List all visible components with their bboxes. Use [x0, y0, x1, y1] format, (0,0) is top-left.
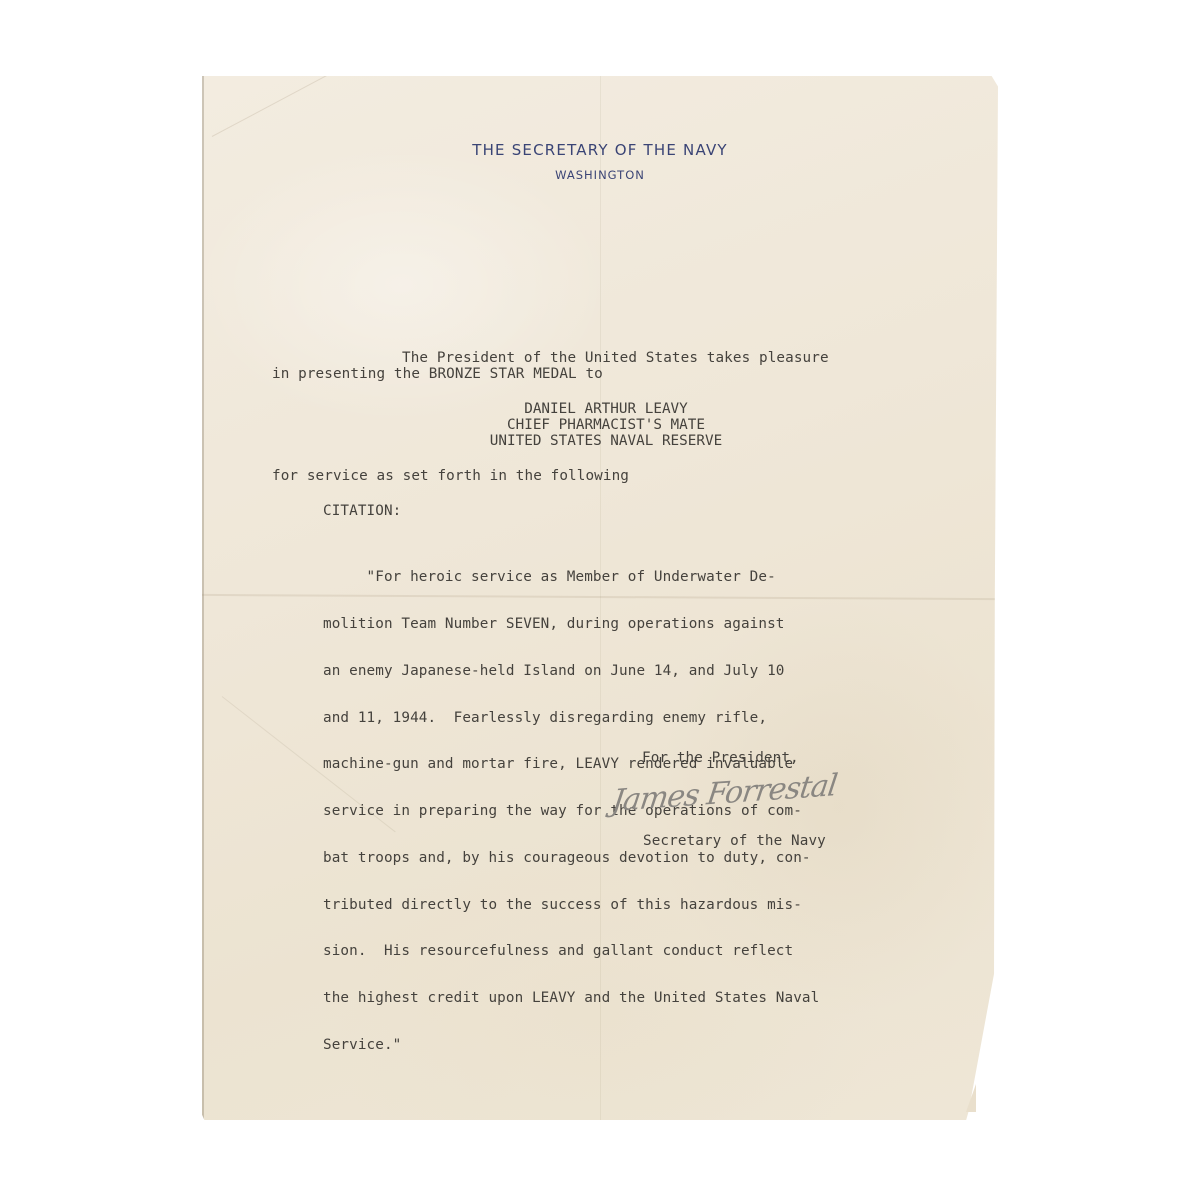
recipient-branch: UNITED STATES NAVAL RESERVE — [208, 434, 1004, 450]
citation-line: "For heroic service as Member of Underwa… — [323, 570, 819, 586]
citation-body: "For heroic service as Member of Underwa… — [323, 539, 819, 1085]
intro-line-1: The President of the United States takes… — [402, 351, 829, 367]
citation-heading: CITATION: — [323, 504, 401, 520]
citation-line: tributed directly to the success of this… — [323, 898, 819, 914]
recipient-rank: CHIEF PHARMACIST'S MATE — [208, 418, 1004, 434]
citation-line: and 11, 1944. Fearlessly disregarding en… — [323, 711, 819, 727]
signer-title: Secretary of the Navy — [643, 834, 826, 850]
paper-crease — [212, 14, 442, 137]
closing-line: For the President, — [642, 751, 799, 767]
intro-line-2: in presenting the BRONZE STAR MEDAL to — [272, 367, 603, 383]
document-scan: THE SECRETARY OF THE NAVY WASHINGTON The… — [0, 0, 1200, 1200]
letterhead-subtitle: WASHINGTON — [202, 168, 998, 182]
letterhead-title: THE SECRETARY OF THE NAVY — [202, 141, 998, 159]
citation-line: bat troops and, by his courageous devoti… — [323, 851, 819, 867]
citation-line: sion. His resourcefulness and gallant co… — [323, 944, 819, 960]
citation-line: molition Team Number SEVEN, during opera… — [323, 617, 819, 633]
citation-line: the highest credit upon LEAVY and the Un… — [323, 991, 819, 1007]
letter-paper: THE SECRETARY OF THE NAVY WASHINGTON The… — [202, 76, 998, 1120]
citation-line: an enemy Japanese-held Island on June 14… — [323, 664, 819, 680]
service-line: for service as set forth in the followin… — [272, 469, 629, 485]
citation-line: Service." — [323, 1038, 819, 1054]
recipient-name: DANIEL ARTHUR LEAVY — [208, 402, 1004, 418]
folded-corner — [966, 1084, 976, 1112]
